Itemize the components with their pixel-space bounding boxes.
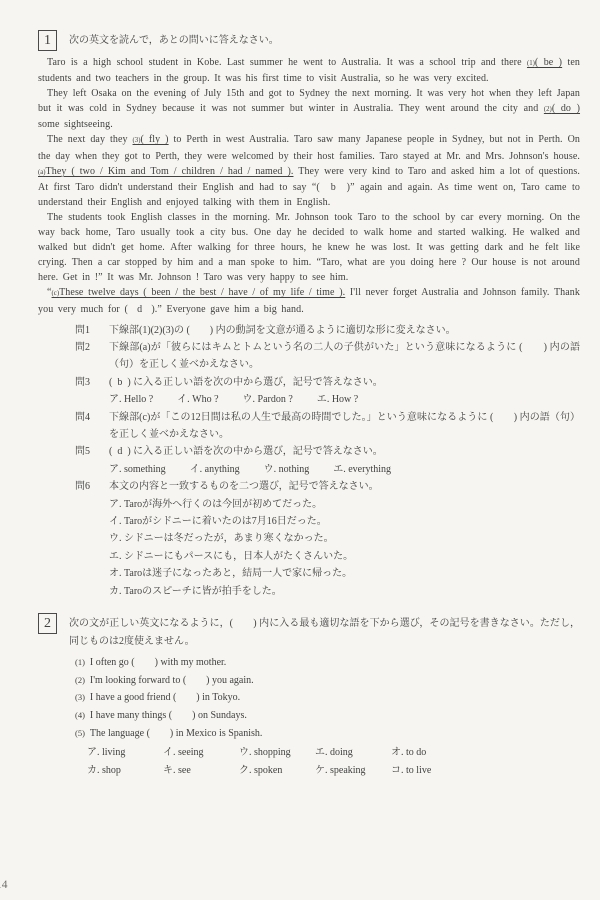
question-row: 問2下線部(a)が「彼らにはキムとトムという名の二人の子供がいた」という意味にな… — [75, 339, 580, 374]
choice-item: ウ. shopping — [239, 744, 315, 762]
question-label: 問4 — [75, 409, 101, 444]
statement-item: カ. Taroのスピーチに皆が拍手をした。 — [109, 583, 580, 600]
choice-item: イ. seeing — [163, 744, 239, 762]
question-options: ア. somethingイ. anythingウ. nothingエ. ever… — [109, 461, 580, 478]
option-item: イ. Who ? — [177, 391, 218, 408]
question-body: 下線部(c)が「この12日間は私の人生で最高の時間でした。」という意味になるよう… — [109, 409, 580, 444]
statement-item: エ. シドニーにもパースにも，日本人がたくさんいた。 — [109, 548, 580, 565]
sentence-item: (1)I often go ( ) with my mother. — [75, 654, 580, 672]
option-item: エ. How ? — [317, 391, 358, 408]
marker-subscript: (1) — [527, 60, 535, 67]
questions: 問1下線部(1)(2)(3)の ( ) 内の動詞を文意が通るように適切な形に変え… — [75, 322, 580, 601]
question-body: ( d ) に入る正しい語を次の中から選び，記号で答えなさい。ア. someth… — [109, 443, 580, 478]
question-label: 問3 — [75, 374, 101, 409]
question-text: 下線部(1)(2)(3)の ( ) 内の動詞を文意が通るように適切な形に変えなさ… — [109, 322, 580, 339]
choice-item: ク. spoken — [239, 762, 315, 780]
option-item: ア. Hello ? — [109, 391, 153, 408]
passage-paragraph: They left Osaka on the evening of July 1… — [38, 86, 580, 132]
option-item: ウ. Pardon ? — [243, 391, 293, 408]
sentence-number: (4) — [75, 710, 85, 720]
passage: Taro is a high school student in Kobe. L… — [38, 55, 580, 317]
sentence-text: I often go ( ) with my mother. — [90, 657, 226, 668]
choice-item: キ. see — [163, 762, 239, 780]
section1-header: 1 次の英文を読んで，あとの問いに答えなさい。 — [38, 30, 580, 51]
question-text: 下線部(a)が「彼らにはキムとトムという名の二人の子供がいた」という意味になるよ… — [109, 339, 580, 374]
question-row: 問1下線部(1)(2)(3)の ( ) 内の動詞を文意が通るように適切な形に変え… — [75, 322, 580, 339]
section1-instruction: 次の英文を読んで，あとの問いに答えなさい。 — [69, 30, 279, 50]
question-text: ( d ) に入る正しい語を次の中から選び，記号で答えなさい。 — [109, 443, 580, 460]
question-options: ア. Hello ?イ. Who ?ウ. Pardon ?エ. How ? — [109, 391, 580, 408]
choice-item: ア. living — [87, 744, 163, 762]
option-item: エ. everything — [333, 461, 391, 478]
question-text: 本文の内容と一致するものを二つ選び，記号で答えなさい。 — [109, 478, 580, 495]
underlined-phrase: (c)These twelve days ( been / the best /… — [52, 287, 346, 298]
sentence-item: (2)I'm looking forward to ( ) you again. — [75, 672, 580, 690]
marker-subscript: (c) — [52, 290, 60, 297]
marker-subscript: (3) — [133, 137, 141, 144]
choices: ア. livingイ. seeingウ. shoppingエ. doingオ. … — [87, 744, 580, 780]
question-body: 本文の内容と一致するものを二つ選び，記号で答えなさい。ア. Taroが海外へ行く… — [109, 478, 580, 600]
statement-list: ア. Taroが海外へ行くのは今回が初めてだった。イ. Taroがシドニーに着い… — [109, 496, 580, 600]
statement-item: ウ. シドニーは冬だったが，あまり寒くなかった。 — [109, 530, 580, 547]
sentence-item: (3)I have a good friend ( ) in Tokyo. — [75, 689, 580, 707]
passage-paragraph: Taro is a high school student in Kobe. L… — [38, 55, 580, 86]
section2-number-box: 2 — [38, 613, 57, 634]
page-number: 14 — [0, 879, 8, 891]
section1-number-box: 1 — [38, 30, 57, 51]
question-row: 問3( b ) に入る正しい語を次の中から選び，記号で答えなさい。ア. Hell… — [75, 374, 580, 409]
marker-subscript: (a) — [38, 169, 46, 176]
passage-paragraph: The next day they (3)( fly ) to Perth in… — [38, 132, 580, 209]
sentence-text: The language ( ) in Mexico is Spanish. — [90, 728, 262, 739]
sentence-text: I have a good friend ( ) in Tokyo. — [90, 692, 240, 703]
question-row: 問6本文の内容と一致するものを二つ選び，記号で答えなさい。ア. Taroが海外へ… — [75, 478, 580, 600]
choice-item: エ. doing — [315, 744, 391, 762]
underlined-phrase: (2)( do ) — [544, 103, 580, 114]
section2-header: 2 次の文が正しい英文になるように，( ) 内に入る最も適切な語を下から選び，そ… — [38, 613, 580, 650]
sentence-item: (5)The language ( ) in Mexico is Spanish… — [75, 725, 580, 743]
choices-row: カ. shopキ. seeク. spokenケ. speakingコ. to l… — [87, 762, 580, 780]
question-label: 問2 — [75, 339, 101, 374]
sentence-text: I'm looking forward to ( ) you again. — [90, 675, 254, 686]
question-label: 問1 — [75, 322, 101, 339]
sentence-text: I have many things ( ) on Sundays. — [90, 710, 247, 721]
choice-item: オ. to do — [391, 744, 467, 762]
question-row: 問5( d ) に入る正しい語を次の中から選び，記号で答えなさい。ア. some… — [75, 443, 580, 478]
choice-item: カ. shop — [87, 762, 163, 780]
question-text: ( b ) に入る正しい語を次の中から選び，記号で答えなさい。 — [109, 374, 580, 391]
sentence-list: (1)I often go ( ) with my mother.(2)I'm … — [75, 654, 580, 742]
question-row: 問4下線部(c)が「この12日間は私の人生で最高の時間でした。」という意味になる… — [75, 409, 580, 444]
choices-row: ア. livingイ. seeingウ. shoppingエ. doingオ. … — [87, 744, 580, 762]
question-body: 下線部(1)(2)(3)の ( ) 内の動詞を文意が通るように適切な形に変えなさ… — [109, 322, 580, 339]
option-item: ウ. nothing — [264, 461, 310, 478]
question-body: ( b ) に入る正しい語を次の中から選び，記号で答えなさい。ア. Hello … — [109, 374, 580, 409]
choice-item: ケ. speaking — [315, 762, 391, 780]
option-item: イ. anything — [190, 461, 240, 478]
section2-instruction: 次の文が正しい英文になるように，( ) 内に入る最も適切な語を下から選び，その記… — [69, 613, 580, 650]
option-item: ア. something — [109, 461, 166, 478]
question-label: 問6 — [75, 478, 101, 600]
sentence-number: (2) — [75, 675, 85, 685]
sentence-number: (3) — [75, 692, 85, 702]
question-text: 下線部(c)が「この12日間は私の人生で最高の時間でした。」という意味になるよう… — [109, 409, 580, 444]
marker-subscript: (2) — [544, 106, 552, 113]
sentence-item: (4)I have many things ( ) on Sundays. — [75, 707, 580, 725]
choice-item: コ. to live — [391, 762, 467, 780]
passage-paragraph: “(c)These twelve days ( been / the best … — [38, 285, 580, 316]
passage-paragraph: The students took English classes in the… — [38, 210, 580, 285]
underlined-phrase: (1)( be ) — [527, 57, 562, 68]
statement-item: オ. Taroは迷子になったあと，結局一人で家に帰った。 — [109, 565, 580, 582]
statement-item: イ. Taroがシドニーに着いたのは7月16日だった。 — [109, 513, 580, 530]
question-body: 下線部(a)が「彼らにはキムとトムという名の二人の子供がいた」という意味になるよ… — [109, 339, 580, 374]
underlined-phrase: (3)( fly ) — [133, 134, 169, 145]
sentence-number: (5) — [75, 728, 85, 738]
exam-page: 1 次の英文を読んで，あとの問いに答えなさい。 Taro is a high s… — [0, 0, 600, 781]
underlined-phrase: (a)They ( two / Kim and Tom / children /… — [38, 166, 293, 177]
question-label: 問5 — [75, 443, 101, 478]
statement-item: ア. Taroが海外へ行くのは今回が初めてだった。 — [109, 496, 580, 513]
sentence-number: (1) — [75, 657, 85, 667]
